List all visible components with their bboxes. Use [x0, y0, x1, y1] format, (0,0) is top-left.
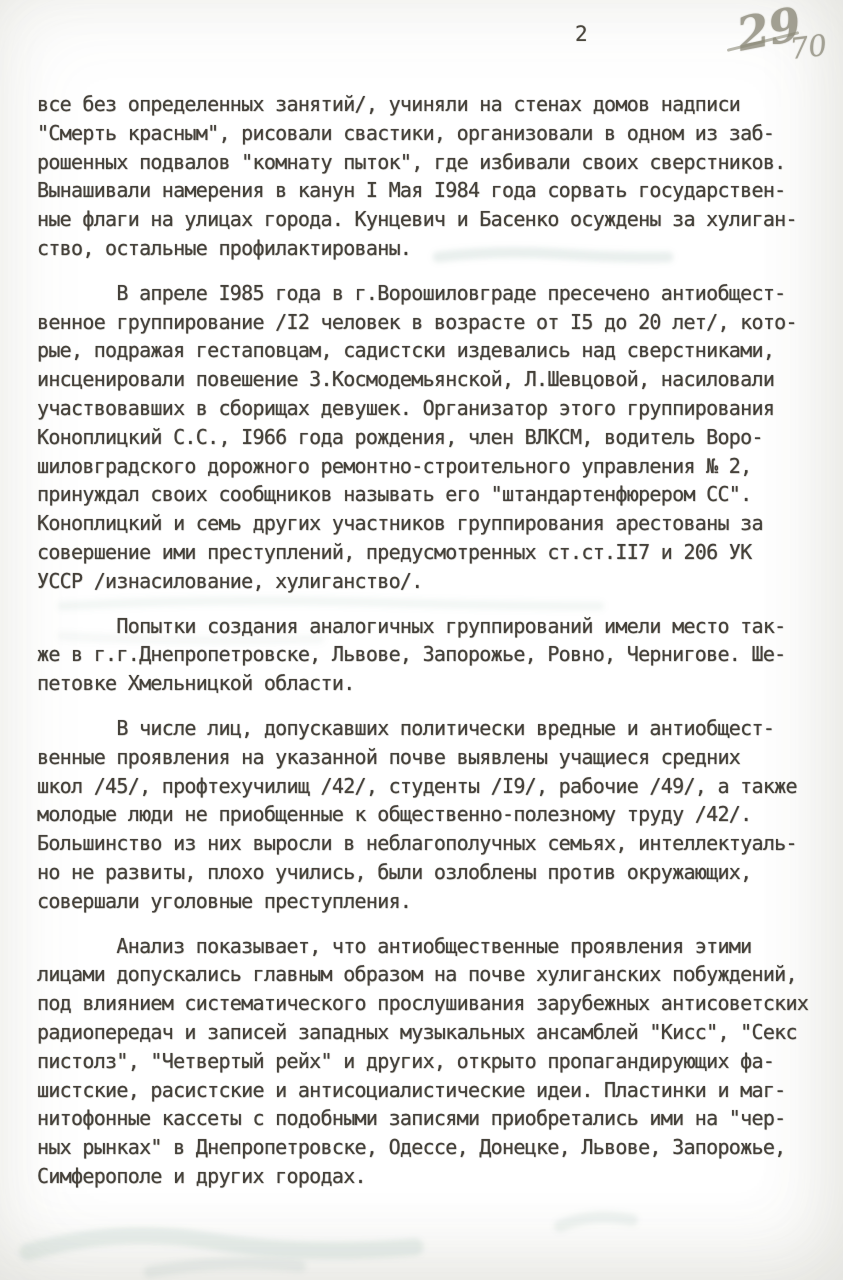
- document-scan-page: 2 29 70 все без определенных занятий/, у…: [0, 0, 843, 1280]
- paragraph-3: Попытки создания аналогичных группирован…: [37, 612, 825, 698]
- paragraph-2: В апреле I985 года в г.Ворошиловграде пр…: [37, 279, 825, 596]
- handwritten-mark-secondary: 70: [788, 28, 829, 66]
- paragraph-1: все без определенных занятий/, учиняли н…: [37, 90, 825, 263]
- paragraph-4: В числе лиц, допускавших политически вре…: [37, 714, 825, 916]
- page-number: 2: [575, 22, 588, 46]
- paragraph-5: Анализ показывает, что антиобщественные …: [37, 932, 825, 1191]
- typewritten-text-block: все без определенных занятий/, учиняли н…: [37, 90, 825, 1207]
